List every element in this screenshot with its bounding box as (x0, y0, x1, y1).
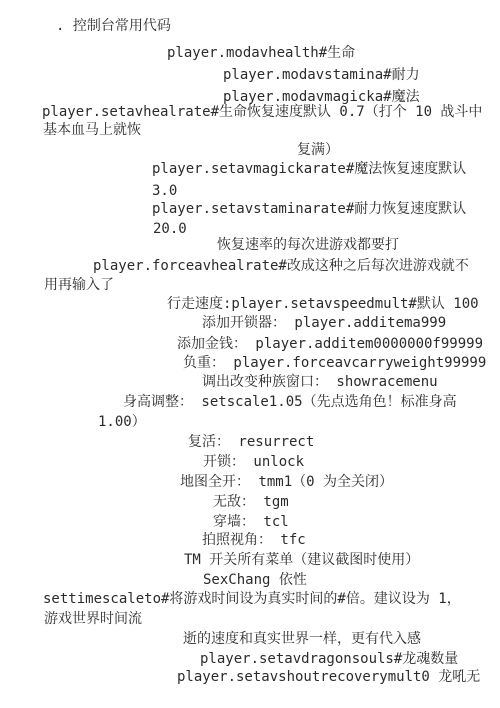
text-line: 用再输入了 (44, 278, 114, 293)
text-line: player.setavdragonsouls#龙魂数量 (200, 652, 458, 667)
text-line: TM 开关所有菜单（建议截图时使用） (184, 553, 419, 568)
text-line: player.setavhealrate#生命恢复速度默认 0.7（打个 10 … (42, 105, 482, 120)
text-line: 地图全开： tmm1（0 为全关闭） (180, 475, 393, 490)
text-line: player.modavhealth#生命 (167, 46, 355, 61)
text-line: 添加开锁器： player.additema999 (202, 316, 446, 331)
text-line: SexChang 依性 (203, 573, 307, 588)
text-line: player.forceavhealrate#改成这种之后每次进游戏就不 (93, 259, 469, 274)
text-line: 复活： resurrect (188, 435, 314, 450)
text-line: 1.00） (98, 415, 146, 430)
text-line: 拍照视角： tfc (202, 533, 306, 548)
text-line: 调出改变种族窗口： showracemenu (202, 375, 438, 390)
text-line: 游戏世界时间流 (44, 612, 142, 627)
text-line: 20.0 (153, 222, 187, 237)
text-line: 恢复速率的每次进游戏都要打 (217, 238, 399, 253)
text-line: player.modavmagicka#魔法 (223, 90, 420, 105)
text-line: 复满） (297, 143, 339, 158)
text-line: 逝的速度和真实世界一样，更有代入感 (183, 632, 421, 647)
text-line: 添加金钱： player.additem0000000f99999 (177, 337, 483, 352)
text-line: 基本血马上就恢 (43, 123, 141, 138)
doc-heading: . 控制台常用代码 (56, 19, 171, 34)
text-line: 无敌： tgm (213, 495, 289, 510)
text-line: player.setavstaminarate#耐力恢复速度默认 (152, 202, 466, 217)
text-line: 穿墙： tcl (213, 515, 289, 530)
text-line: 负重： player.forceavcarryweight99999 (183, 356, 486, 371)
text-line: 开锁： unlock (203, 455, 304, 470)
text-line: player.modavstamina#耐力 (223, 68, 420, 83)
text-line: 3.0 (152, 184, 177, 199)
text-line: player.setavshoutrecoverymult0 龙吼无 (177, 670, 480, 685)
document-page: . 控制台常用代码 player.modavhealth#生命 player.m… (0, 0, 500, 708)
text-line: settimescaleto#将游戏时间设为真实时间的#倍。建议设为 1， (43, 592, 461, 607)
text-line: player.setavmagickarate#魔法恢复速度默认 (152, 162, 466, 177)
text-line: 身高调整： setscale1.05（先点选角色！标准身高 (123, 395, 457, 410)
text-line: 行走速度:player.setavspeedmult#默认 100 (167, 297, 479, 312)
